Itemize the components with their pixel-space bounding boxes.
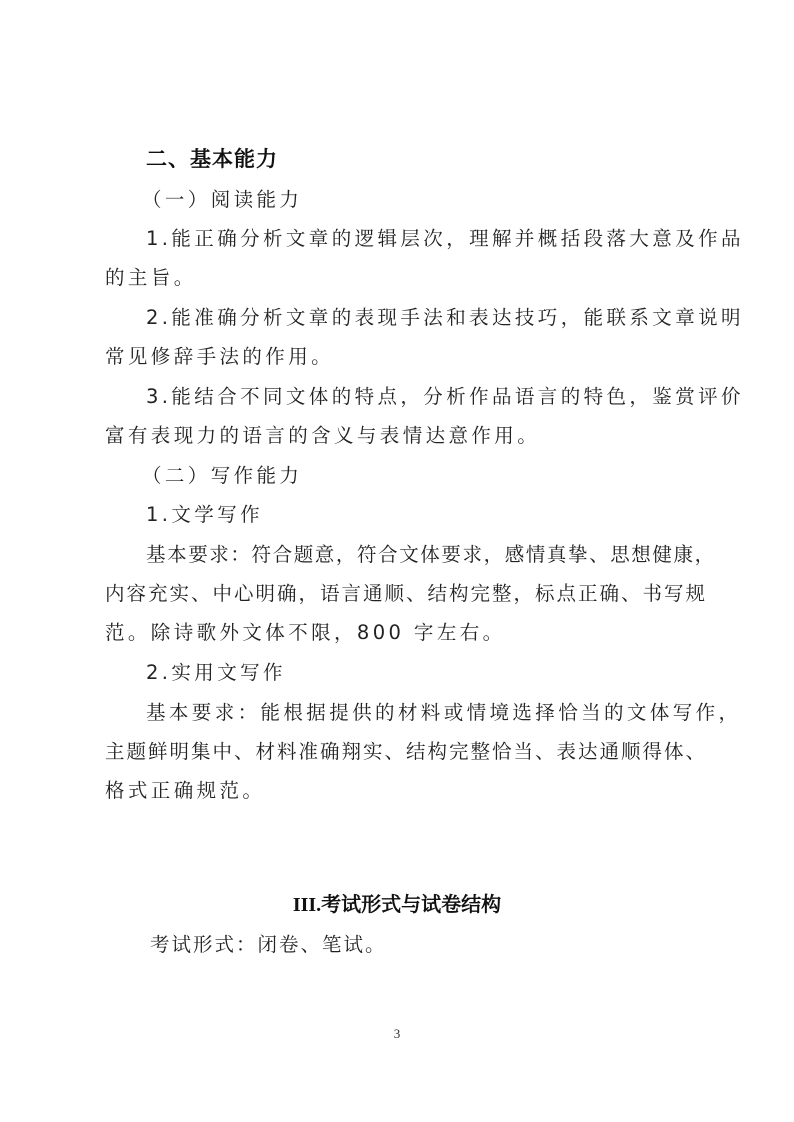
section-heading: 二、基本能力 (146, 146, 696, 172)
reading-item-3-line-1: 3.能结合不同文体的特点，分析作品语言的特色，鉴赏评价 (146, 384, 696, 410)
reading-item-1-line-2: 的主旨。 (105, 265, 695, 291)
practical-writing-line-1: 基本要求：能根据提供的材料或情境选择恰当的文体写作， (146, 700, 696, 726)
practical-writing-line-2: 主题鲜明集中、材料准确翔实、结构完整恰当、表达通顺得体、 (105, 739, 695, 765)
practical-writing-line-3: 格式正确规范。 (105, 778, 695, 804)
reading-item-2-line-1: 2.能准确分析文章的表现手法和表达技巧，能联系文章说明 (146, 305, 696, 331)
reading-heading: （一）阅读能力 (142, 187, 692, 213)
literary-writing-line-2: 内容充实、中心明确，语言通顺、结构完整，标点正确、书写规 (105, 581, 695, 607)
reading-item-3-line-2: 富有表现力的语言的含义与表情达意作用。 (105, 423, 695, 449)
reading-item-2-line-2: 常见修辞手法的作用。 (105, 344, 695, 370)
exam-format: 考试形式：闭卷、笔试。 (150, 932, 700, 958)
writing-heading: （二）写作能力 (142, 463, 692, 489)
part-3-title: III.考试形式与试卷结构 (0, 892, 794, 918)
literary-writing-title: 1.文学写作 (146, 502, 696, 528)
reading-item-1-line-1: 1.能正确分析文章的逻辑层次，理解并概括段落大意及作品 (146, 226, 696, 252)
page-number: 3 (0, 1026, 794, 1042)
document-page: 二、基本能力 （一）阅读能力 1.能正确分析文章的逻辑层次，理解并概括段落大意及… (0, 0, 794, 1122)
literary-writing-line-1: 基本要求：符合题意，符合文体要求，感情真挚、思想健康， (146, 542, 696, 568)
practical-writing-title: 2.实用文写作 (146, 660, 696, 686)
literary-writing-line-3: 范。除诗歌外文体不限，800 字左右。 (105, 620, 695, 646)
